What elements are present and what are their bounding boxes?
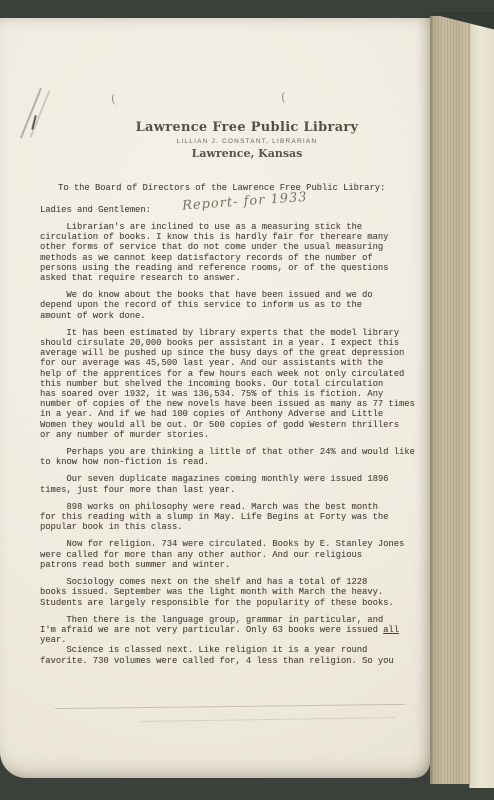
book-page-edges: [430, 16, 469, 784]
language-text-after: year.: [40, 635, 66, 645]
underlined-word: all: [383, 625, 399, 635]
stray-paren-mark: (: [281, 90, 287, 104]
paragraph-language-group: Then there is the language group, gramma…: [40, 615, 426, 646]
paragraph-duplicate-magazines: Our seven duplicate magazines coming mon…: [40, 474, 426, 494]
paragraph-circulation-estimate: It has been estimated by library experts…: [40, 328, 426, 440]
letterhead-library-name: Lawrence Free Public Library: [64, 120, 430, 135]
paper-crease: [140, 717, 395, 722]
paragraph-religion: Now for religion. 734 were circulated. B…: [40, 539, 426, 570]
pencil-slash-icon: [30, 91, 50, 138]
language-text-before: Then there is the language group, gramma…: [40, 615, 383, 635]
paragraph-science: Science is classed next. Like religion i…: [40, 645, 426, 665]
paragraph-nonfiction-intro: Perhaps you are thinking a little of tha…: [40, 447, 426, 467]
paragraph-books-issued: We do know about the books that have bee…: [40, 290, 426, 321]
paragraph-sociology: Sociology comes next on the shelf and ha…: [40, 577, 426, 608]
scanned-book-photo: ( ( Lawrence Free Public Library LILLIAN…: [0, 0, 494, 800]
paragraph-measuring-stick: Librarian's are inclined to use as a mea…: [40, 222, 426, 283]
paragraph-philosophy: 898 works on philosophy were read. March…: [40, 502, 426, 533]
document-page: ( ( Lawrence Free Public Library LILLIAN…: [0, 18, 430, 778]
stray-paren-mark: (: [110, 92, 116, 106]
paper-crease: [55, 704, 405, 709]
letterhead-librarian-line: LILLIAN J. CONSTANT, LIBRARIAN: [64, 138, 430, 145]
report-body: Librarian's are inclined to use as a mea…: [40, 222, 426, 666]
letterhead-city-line: Lawrence, Kansas: [64, 147, 430, 160]
greeting-line: Ladies and Gentlemen:: [40, 205, 151, 215]
underlying-page-edge: [469, 20, 494, 788]
letterhead: Lawrence Free Public Library LILLIAN J. …: [64, 120, 430, 160]
